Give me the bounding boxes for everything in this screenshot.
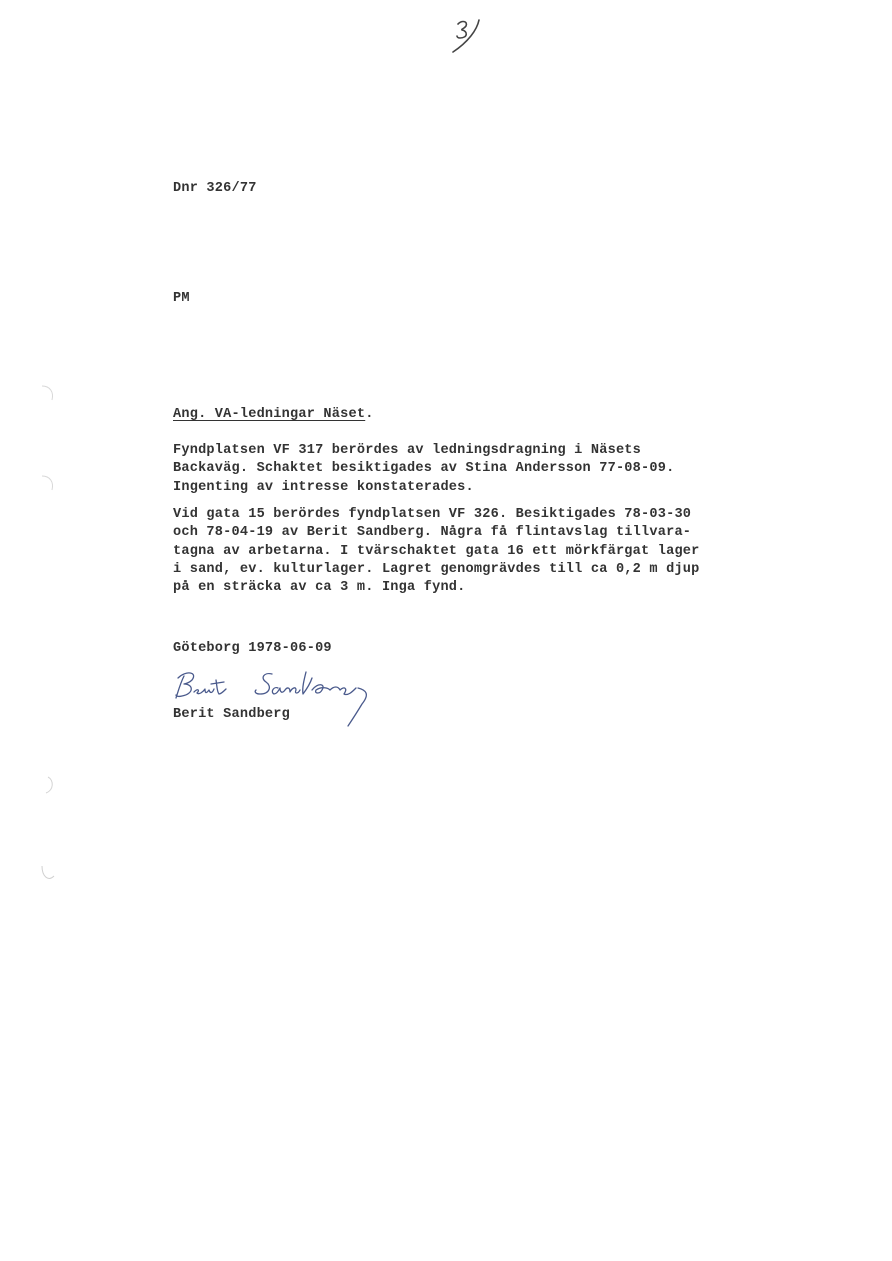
paragraph-line: Vid gata 15 berördes fyndplatsen VF 326.… <box>173 506 700 524</box>
punch-hole-mark-icon <box>40 474 56 492</box>
punch-hole-mark-icon <box>40 384 56 402</box>
subject-line: Ang. VA-ledningar Näset. <box>173 406 374 424</box>
paragraph-2: Vid gata 15 berördes fyndplatsen VF 326.… <box>173 506 700 597</box>
document-type: PM <box>173 290 190 308</box>
punch-hole-mark-icon <box>40 776 56 794</box>
paragraph-line: Backaväg. Schaktet besiktigades av Stina… <box>173 460 674 478</box>
paragraph-line: Fyndplatsen VF 317 berördes av ledningsd… <box>173 442 674 460</box>
paragraph-line: i sand, ev. kulturlager. Lagret genomgrä… <box>173 561 700 579</box>
place-and-date: Göteborg 1978-06-09 <box>173 640 332 658</box>
punch-hole-mark-icon <box>40 864 56 882</box>
reference-number: Dnr 326/77 <box>173 180 257 198</box>
signer-name: Berit Sandberg <box>173 706 290 724</box>
subject-period: . <box>365 407 373 422</box>
paragraph-line: tagna av arbetarna. I tvärschaktet gata … <box>173 543 700 561</box>
document-page: Dnr 326/77 PM Ang. VA-ledningar Näset. F… <box>0 0 892 1261</box>
subject-text: Ang. VA-ledningar Näset <box>173 407 365 422</box>
paragraph-1: Fyndplatsen VF 317 berördes av ledningsd… <box>173 442 674 497</box>
paragraph-line: och 78-04-19 av Berit Sandberg. Några få… <box>173 524 700 542</box>
handwritten-page-number <box>452 16 492 56</box>
paragraph-line: på en sträcka av ca 3 m. Inga fynd. <box>173 579 700 597</box>
paragraph-line: Ingenting av intresse konstaterades. <box>173 479 674 497</box>
